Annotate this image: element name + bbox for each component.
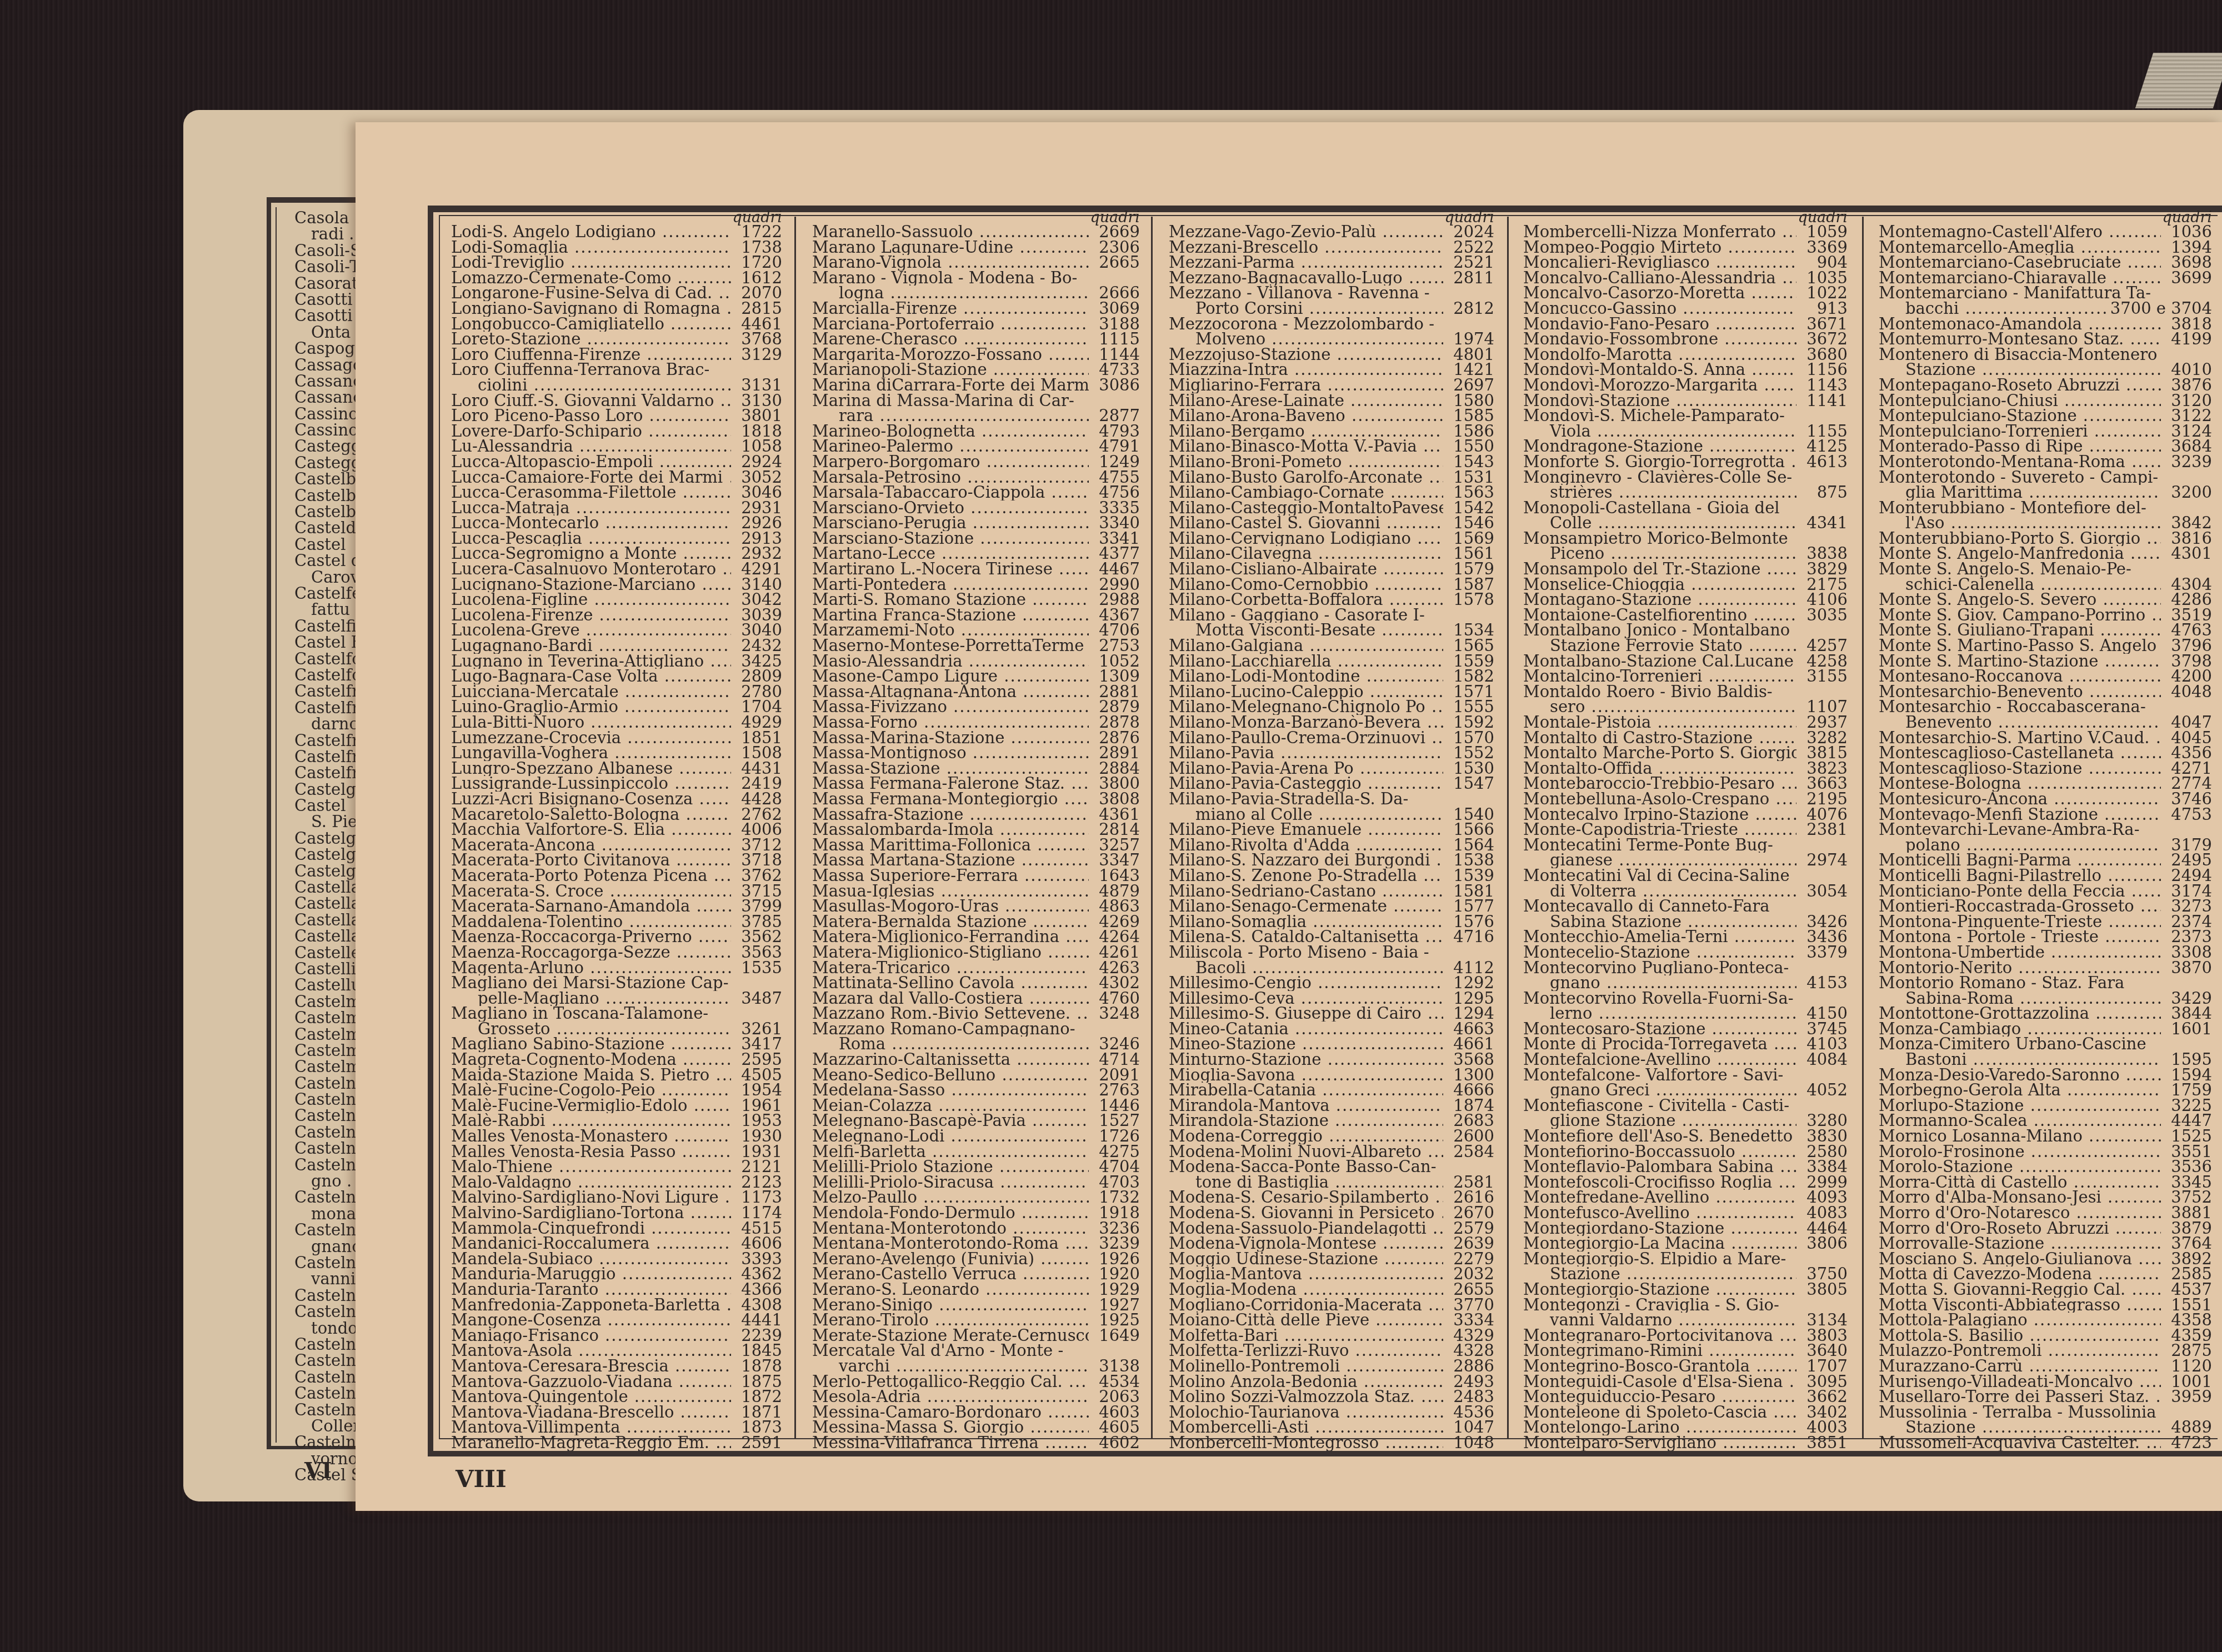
column-divider — [794, 217, 796, 1439]
entry-name: Miazzina-Intra — [1169, 362, 1443, 378]
entry-name: Marano Lagunare-Udine — [812, 240, 1089, 256]
entry-name: Milano-Binasco-Motta V.-Pavia — [1169, 439, 1443, 454]
entry-name: Montalto di Castro-Stazione — [1523, 730, 1796, 746]
index-entry: Montenero di Bisaccia-Montenero — [1879, 347, 2212, 363]
index-entry: Massa Martana-Stazione3347 — [812, 853, 1140, 868]
entry-name: Montebelluna-Asolo-Crespano — [1523, 792, 1796, 807]
index-entry: Loro Ciuffenna-Terranova Brac- — [451, 362, 782, 378]
entry-name: Montefiore dell'Aso-S. Benedetto — [1523, 1129, 1796, 1144]
entry-name: Messina-Camaro-Bordonaro — [812, 1405, 1089, 1420]
index-entry: Macerata-Sarnano-Amandola3799 — [451, 899, 782, 914]
index-entry: Morro d'Oro-Roseto Abruzzi3879 — [1879, 1221, 2212, 1237]
entry-map-square-number: 3487 — [731, 991, 782, 1007]
index-entry: Maniago-Frisanco2239 — [451, 1328, 782, 1344]
entry-name: Magreta-Cognento-Modena — [451, 1052, 731, 1068]
index-entry: Montecchio-Amelia-Terni3436 — [1523, 929, 1848, 945]
entry-name: Montefredane-Avellino — [1523, 1190, 1796, 1205]
entry-name: Longarone-Fusine-Selva di Cad. — [451, 286, 731, 301]
index-entry: Massa-Forno2878 — [812, 715, 1140, 730]
entry-name: Macerata-Sarnano-Amandola — [451, 899, 731, 914]
index-entry: Marineo-Bolognetta4793 — [812, 424, 1140, 439]
entry-name: Monte S. Angelo-S. Severo — [1879, 592, 2161, 608]
entry-name: Stazione — [1879, 1420, 2161, 1435]
index-entry: Monterotondo-Mentana-Roma3239 — [1879, 454, 2212, 470]
entry-name: Mantova-Quingentole — [451, 1389, 731, 1405]
entry-name: pelle-Magliano — [451, 991, 731, 1007]
entry-name: Montefusco-Avellino — [1523, 1205, 1796, 1221]
index-entry: Meano-Sedico-Belluno2091 — [812, 1068, 1140, 1083]
index-entry: Lomazzo-Cermenate-Como1612 — [451, 271, 782, 286]
entry-name: Montalbano-Stazione Cal.Lucane — [1523, 654, 1796, 669]
entry-name: Stazione Ferrovie Stato — [1523, 638, 1796, 654]
index-entry: Lugagnano-Bardi2432 — [451, 638, 782, 654]
index-entry: Modena-S. Cesario-Spilamberto2616 — [1169, 1190, 1494, 1205]
entry-name: Lomazzo-Cermenate-Como — [451, 271, 731, 286]
entry-name: Modena-Sassuolo-Piandelagotti — [1169, 1221, 1443, 1237]
index-entry: Loro Piceno-Passo Loro3801 — [451, 408, 782, 424]
index-entry: Morlupo-Stazione3225 — [1879, 1098, 2212, 1114]
index-entry: Morrovalle-Stazione3764 — [1879, 1236, 2212, 1251]
index-entry: Milano-Pavia-Arena Po1530 — [1169, 761, 1494, 777]
entry-name: Montona-Pinguente-Trieste — [1879, 914, 2161, 930]
entry-name: Benevento — [1879, 715, 2161, 730]
index-entry: Messina-Camaro-Bordonaro4603 — [812, 1405, 1140, 1420]
index-entry: Monterubbiano-Porto S. Giorgio3816 — [1879, 531, 2212, 547]
index-entry: Montefusco-Avellino4083 — [1523, 1205, 1848, 1221]
index-entry: Luzzi-Acri Bisignano-Cosenza4428 — [451, 792, 782, 807]
entry-name: logna — [812, 286, 1089, 301]
index-entry: Macerata-Porto Civitanova3718 — [451, 853, 782, 868]
index-entry: Monte S. Angelo-S. Severo4286 — [1879, 592, 2212, 608]
index-entry: Mantova-Quingentole1872 — [451, 1389, 782, 1405]
index-entry: Montepulciano-Stazione3122 — [1879, 408, 2212, 424]
index-entry: Maenza-Roccagorga-Sezze3563 — [451, 945, 782, 960]
index-entry: Merano-Sinigo1927 — [812, 1298, 1140, 1313]
entry-name: Milano-Arese-Lainate — [1169, 393, 1443, 409]
entry-name: Montemarcello-Ameglia — [1879, 240, 2161, 256]
entry-name: Millesimo-Cengio — [1169, 975, 1443, 991]
entry-name: Lussigrande-Lussinpiccolo — [451, 776, 731, 792]
index-entry: Montalto Marche-Porto S. Giorgio3815 — [1523, 745, 1848, 761]
index-entry: Lugo-Bagnara-Case Volta2809 — [451, 669, 782, 684]
entry-name: Mondovì-S. Michele-Pamparato- — [1523, 408, 1848, 424]
entry-name: Massa-Marina-Stazione — [812, 730, 1089, 746]
entry-map-square-number: 3870 — [2161, 960, 2212, 976]
index-entry: Milano-Pavia1552 — [1169, 745, 1494, 761]
entry-name: Motta Visconti-Besate — [1169, 623, 1443, 638]
index-entry: Montegiorgio-Stazione3805 — [1523, 1282, 1848, 1298]
entry-name: Montevarchi-Levane-Ambra-Ra- — [1879, 822, 2212, 838]
index-entry: Longiano-Savignano di Romagna2815 — [451, 301, 782, 317]
entry-name: Morra-Città di Castello — [1879, 1175, 2161, 1190]
index-entry: Milano-Pieve Emanuele1566 — [1169, 822, 1494, 838]
entry-name: Morrovalle-Stazione — [1879, 1236, 2161, 1251]
index-entry: Molochio-Taurianova4536 — [1169, 1405, 1494, 1420]
entry-name: Milano-Monza-Barzanò-Bevera — [1169, 715, 1443, 730]
index-entry-continuation: Sabina-Roma3429 — [1879, 991, 2212, 1007]
entry-name: Modena-S. Giovanni in Persiceto — [1169, 1205, 1443, 1221]
entry-name: Montagano-Stazione — [1523, 592, 1796, 608]
index-entry: Melilli-Priolo Stazione4704 — [812, 1159, 1140, 1175]
entry-name: Manfredonia-Zapponeta-Barletta — [451, 1298, 731, 1313]
entry-name: Montefiorino-Boccassuolo — [1523, 1144, 1796, 1160]
index-entry-continuation: Stazione4010 — [1879, 362, 2212, 378]
index-entry-continuation: Porto Corsini2812 — [1169, 301, 1494, 317]
entry-name: Magenta-Arluno — [451, 960, 731, 976]
entry-name: Mirandola-Stazione — [1169, 1113, 1443, 1129]
entry-name: Macerata-S. Croce — [451, 884, 731, 899]
column-header: quadri — [812, 211, 1140, 224]
index-entry: Montefiore dell'Aso-S. Benedetto3830 — [1523, 1129, 1848, 1144]
entry-name: Montegiorgio-S. Elpidio a Mare- — [1523, 1251, 1848, 1267]
entry-map-square-number: 4084 — [1796, 1052, 1848, 1068]
entry-name: Mondovì-Morozzo-Margarita — [1523, 378, 1796, 393]
entry-name: Montesarchio-Benevento — [1879, 684, 2161, 700]
entry-name: Marineo-Palermo — [812, 439, 1089, 454]
entry-name: Lucolena-Greve — [451, 623, 731, 638]
entry-name: Monte di Procida-Torregaveta — [1523, 1037, 1796, 1052]
entry-name: Millesimo-S. Giuseppe di Cairo — [1169, 1006, 1443, 1022]
entry-name: Malè-Fucine-Vermiglio-Edolo — [451, 1098, 731, 1114]
entry-name: glione Stazione — [1523, 1113, 1796, 1129]
index-entry: Milano-Broni-Pometo1543 — [1169, 454, 1494, 470]
index-entry: Marzamemi-Noto4706 — [812, 623, 1140, 638]
entry-name: Milano-Castel S. Giovanni — [1169, 515, 1443, 531]
entry-name: Montecatini Terme-Ponte Bug- — [1523, 838, 1848, 853]
entry-name: Modena-S. Cesario-Spilamberto — [1169, 1190, 1443, 1205]
index-entry: Malles Venosta-Resia Passo1931 — [451, 1144, 782, 1160]
index-entry: Mezzojuso-Stazione4801 — [1169, 347, 1494, 363]
index-entry: Martano-Lecce4377 — [812, 546, 1140, 562]
entry-name: Morro d'Oro-Roseto Abruzzi — [1879, 1221, 2161, 1237]
entry-name: Milano-Cambiago-Cornate — [1169, 485, 1443, 500]
index-entry: Montegrimano-Rimini3640 — [1523, 1343, 1848, 1359]
entry-name: Malles Venosta-Resia Passo — [451, 1144, 731, 1160]
index-entry-continuation: gnano4153 — [1523, 975, 1848, 991]
entry-name: Mantova-Asola — [451, 1343, 731, 1359]
entry-name: Mezzano - Villanova - Ravenna - — [1169, 286, 1494, 301]
index-entry: Morolo-Frosinone3551 — [1879, 1144, 2212, 1160]
entry-name: Bastoni — [1879, 1052, 2161, 1068]
index-entry-continuation: schici-Calenella4304 — [1879, 577, 2212, 593]
index-entry: Mazzarino-Caltanissetta4714 — [812, 1052, 1140, 1068]
index-entry: Manduria-Maruggio4362 — [451, 1266, 782, 1282]
entry-name: Monterubbiano-Porto S. Giorgio — [1879, 531, 2161, 547]
index-column-3: quadriMezzane-Vago-Zevio-Palù2024Mezzani… — [1169, 211, 1494, 1433]
entry-name: Mantova-Viadana-Brescello — [451, 1405, 731, 1420]
entry-name: Morbegno-Gerola Alta — [1879, 1083, 2161, 1098]
entry-name: Milano-Rivolta d'Adda — [1169, 838, 1443, 853]
entry-name: Massafra-Stazione — [812, 807, 1089, 823]
index-entry: Montefalcione-Avellino4084 — [1523, 1052, 1848, 1068]
entry-name: Milano-Pavia-Casteggio — [1169, 776, 1443, 792]
index-entry-continuation: glia Marittima3200 — [1879, 485, 2212, 500]
entry-name: Merlo-Pettogallico-Reggio Cal. — [812, 1374, 1089, 1390]
index-entry: Montepulciano-Chiusi3120 — [1879, 393, 2212, 409]
index-entry: Montemagno-Castell'Alfero1036 — [1879, 224, 2212, 240]
entry-map-square-number: 3806 — [1796, 1236, 1848, 1251]
entry-name: Mondovì-Montaldo-S. Anna — [1523, 362, 1796, 378]
index-entry: Milano-Senago-Cermenate1577 — [1169, 899, 1494, 914]
index-entry-continuation: polano3179 — [1879, 838, 2212, 853]
index-entry: Magenta-Arluno1535 — [451, 960, 782, 976]
index-entry: Mulazzo-Pontremoli2875 — [1879, 1343, 2212, 1359]
entry-name: Mottola-S. Basilio — [1879, 1328, 2161, 1344]
index-entry: Masio-Alessandria1052 — [812, 654, 1140, 669]
entry-name: Motta di Cavezzo-Modena — [1879, 1266, 2161, 1282]
entry-name: Porto Corsini — [1169, 301, 1443, 317]
index-entry: Malvino-Sardigliano-Novi Ligure1173 — [451, 1190, 782, 1205]
index-entry: Mandela-Subiaco3393 — [451, 1251, 782, 1267]
entry-name: Martirano L.-Nocera Tirinese — [812, 562, 1089, 577]
entry-name: Mentana-Monterotondo-Roma — [812, 1236, 1089, 1251]
entry-name: Marianopoli-Stazione — [812, 362, 1089, 378]
entry-name: Stazione — [1879, 362, 2161, 378]
entry-name: Montegranaro-Portocivitanova — [1523, 1328, 1796, 1344]
index-entry-continuation: Bacoli4112 — [1169, 960, 1494, 976]
index-entry: Modena-Correggio2600 — [1169, 1129, 1494, 1144]
column-header: quadri — [1523, 211, 1848, 224]
entry-name: Massa-Fivizzano — [812, 699, 1089, 715]
entry-name: Montefalcone- Valfortore - Savi- — [1523, 1068, 1848, 1083]
entry-name: Montescaglioso-Stazione — [1879, 761, 2161, 777]
index-entry: Montona-Pinguente-Trieste2374 — [1879, 914, 2212, 930]
entry-name: lerno — [1523, 1006, 1796, 1022]
entry-name: Lucca-Altopascio-Empoli — [451, 454, 731, 470]
index-entry: Lucolena-Firenze3039 — [451, 608, 782, 623]
index-entry: Massa-Marina-Stazione2876 — [812, 730, 1140, 746]
entry-name: Luzzi-Acri Bisignano-Cosenza — [451, 792, 731, 807]
entry-name: Marpero-Borgomaro — [812, 454, 1089, 470]
entry-name: Matera-Miglionico-Ferrandina — [812, 929, 1089, 945]
entry-name: Motta S. Giovanni-Reggio Cal. — [1879, 1282, 2161, 1298]
index-entry: Matera-Bernalda Stazione4269 — [812, 914, 1140, 930]
index-entry: Moncucco-Gassino913 — [1523, 301, 1848, 317]
entry-name: Marsala-Petrosino — [812, 470, 1089, 485]
index-entry: Montefoscoli-Crocifisso Roglia2999 — [1523, 1175, 1848, 1190]
entry-name: Monteleone di Spoleto-Cascia — [1523, 1405, 1796, 1420]
entry-name: Melilli-Priolo Stazione — [812, 1159, 1089, 1175]
index-entry: Montelparo-Servigliano3851 — [1523, 1435, 1848, 1451]
index-entry: Mentana-Monterotondo-Roma3239 — [812, 1236, 1140, 1251]
entry-name: Modena-Molini Nuovi-Albareto — [1169, 1144, 1443, 1160]
index-entry: Montona - Portole - Trieste2373 — [1879, 929, 2212, 945]
entry-name: Longiano-Savignano di Romagna — [451, 301, 731, 317]
index-entry: Milano-Binasco-Motta V.-Pavia1550 — [1169, 439, 1494, 454]
index-entry: Mondovì-Morozzo-Margarita1143 — [1523, 378, 1848, 393]
entry-name: Monterado-Passo di Ripe — [1879, 439, 2161, 454]
entry-name: Macerata-Ancona — [451, 838, 731, 853]
entry-name: Lovere-Darfo-Schipario — [451, 424, 731, 439]
entry-name: Maranello-Magreta-Reggio Em. — [451, 1435, 731, 1451]
index-entry: Maranello-Magreta-Reggio Em.2591 — [451, 1435, 782, 1451]
index-entry: Morbegno-Gerola Alta1759 — [1879, 1083, 2212, 1098]
index-entry: Murazzano-Carrù1120 — [1879, 1359, 2212, 1374]
index-entry: Monbercelli-Montegrosso1048 — [1169, 1435, 1494, 1451]
index-entry: Milano-Lucino-Caleppio1571 — [1169, 684, 1494, 700]
index-entry-continuation: gnano Greci4052 — [1523, 1083, 1848, 1098]
index-entry: Lucca-Segromigno a Monte2932 — [451, 546, 782, 562]
entry-name: Molveno — [1169, 332, 1443, 347]
entry-map-square-number: 3155 — [1796, 669, 1848, 684]
index-entry: Montefiascone - Civitella - Casti- — [1523, 1098, 1848, 1114]
entry-name: Mercatale Val d'Arno - Monte - — [812, 1343, 1140, 1359]
index-entry: Milano-Pavia-Casteggio1547 — [1169, 776, 1494, 792]
entry-name: Lucolena-Firenze — [451, 608, 731, 623]
index-entry: Modena-Sacca-Ponte Basso-Can- — [1169, 1159, 1494, 1175]
entry-name: rara — [812, 408, 1089, 424]
entry-name: Marti-Pontedera — [812, 577, 1089, 593]
entry-name: Roma — [812, 1037, 1089, 1052]
index-entry: Massa-Altagnana-Antona2881 — [812, 684, 1140, 700]
column-divider — [1507, 217, 1509, 1439]
index-entry: Manduria-Taranto4366 — [451, 1282, 782, 1298]
entry-map-square-number: 3248 — [1089, 1006, 1140, 1022]
entry-name: Montegrino-Bosco-Grantola — [1523, 1359, 1796, 1374]
entry-name: Montemurro-Montesano Staz. — [1879, 332, 2161, 347]
entry-name: Monticelli Bagni-Parma — [1879, 853, 2161, 868]
entry-name: Massa Martana-Stazione — [812, 853, 1089, 868]
index-entry: Milano-Arona-Baveno1585 — [1169, 408, 1494, 424]
index-entry: Montalbano-Stazione Cal.Lucane4258 — [1523, 654, 1848, 669]
entry-name: Marineo-Bolognetta — [812, 424, 1089, 439]
entry-map-square-number: 1601 — [2161, 1022, 2212, 1037]
entry-map-square-number: 3851 — [1796, 1435, 1848, 1451]
entry-name: Bacoli — [1169, 960, 1443, 976]
entry-name: Mesola-Adria — [812, 1389, 1089, 1405]
index-entry: Matera-Miglionico-Stigliano4261 — [812, 945, 1140, 960]
entry-map-square-number: 2974 — [1796, 853, 1848, 868]
entry-name: Monopoli-Castellana - Gioia del — [1523, 500, 1848, 516]
entry-name: Mombercelli-Asti — [1169, 1420, 1443, 1435]
entry-name: Merano-Avelengo (Funivia) — [812, 1251, 1089, 1267]
entry-name: strières — [1523, 485, 1796, 500]
index-entry: Marsala-Tabaccaro-Ciappola4756 — [812, 485, 1140, 500]
index-entry: Milano-Paullo-Crema-Orzinuovi1570 — [1169, 730, 1494, 746]
entry-name: Montegiordano-Stazione — [1523, 1221, 1796, 1237]
entry-name: Milano-S. Zenone Po-Stradella — [1169, 868, 1443, 884]
index-entry: Longobucco-Camigliatello4461 — [451, 317, 782, 332]
index-entry: Moncalvo-Casorzo-Moretta1022 — [1523, 286, 1848, 301]
entry-map-square-number: 2381 — [1796, 822, 1848, 838]
entry-name: Milano-Paullo-Crema-Orzinuovi — [1169, 730, 1443, 746]
index-entry: Mantova-Asola1845 — [451, 1343, 782, 1359]
index-entry: Montecorvino Pugliano-Ponteca- — [1523, 960, 1848, 976]
entry-map-square-number: 1535 — [731, 960, 782, 976]
entry-name: Montesarchio - Roccabascerana- — [1879, 699, 2212, 715]
entry-name: Mondragone-Stazione — [1523, 439, 1796, 454]
entry-name: Luicciana-Mercatale — [451, 684, 731, 700]
entry-name: Montecorvino Rovella-Fuorni-Sa- — [1523, 991, 1848, 1007]
entry-name: Malvino-Sardigliano-Tortona — [451, 1205, 731, 1221]
entry-name: Monforte S. Giorgio-Torregrotta — [1523, 454, 1796, 470]
index-entry: Marsciano-Orvieto3335 — [812, 500, 1140, 516]
index-entry: Mondovì-S. Michele-Pamparato- — [1523, 408, 1848, 424]
entry-name: Monte S. Martino-Stazione — [1879, 654, 2161, 669]
entry-name: Magliano dei Marsi-Stazione Cap- — [451, 975, 782, 991]
entry-name: Mezzani-Brescello — [1169, 240, 1443, 256]
entry-name: Merano-S. Leonardo — [812, 1282, 1089, 1298]
index-entry: Monteguiduccio-Pesaro3662 — [1523, 1389, 1848, 1405]
index-entry: Monteguidi-Casole d'Elsa-Siena3095 — [1523, 1374, 1848, 1390]
entry-name: Modena-Correggio — [1169, 1129, 1443, 1144]
index-entry: Lucca-Altopascio-Empoli2924 — [451, 454, 782, 470]
entry-name: Lucca-Montecarlo — [451, 515, 731, 531]
entry-name: Medelana-Sasso — [812, 1083, 1089, 1098]
entry-name: Moncalieri-Revigliasco — [1523, 255, 1796, 271]
entry-name: Montegiorgio-La Macina — [1523, 1236, 1796, 1251]
entry-name: Lucca-Pescaglia — [451, 531, 731, 547]
index-entry: Montecosaro-Stazione3745 — [1523, 1022, 1848, 1037]
index-entry-continuation: Sabina Stazione3426 — [1523, 914, 1848, 930]
index-entry: Macaretolo-Saletto-Bologna2762 — [451, 807, 782, 823]
index-entry: Marano-Vignola2665 — [812, 255, 1140, 271]
index-entry: Malles Venosta-Monastero1930 — [451, 1129, 782, 1144]
index-entry: Medelana-Sasso2763 — [812, 1083, 1140, 1098]
index-entry: Milano-Lodi-Montodine1582 — [1169, 669, 1494, 684]
index-entry: Monteleone di Spoleto-Cascia3402 — [1523, 1405, 1848, 1420]
entry-map-square-number: 4341 — [1796, 515, 1848, 531]
index-entry: Montecatini Val di Cecina-Saline — [1523, 868, 1848, 884]
index-entry: Martina Franca-Stazione4367 — [812, 608, 1140, 623]
entry-name: Mezzojuso-Stazione — [1169, 347, 1443, 363]
index-entry: Milano-Galgiana1565 — [1169, 638, 1494, 654]
index-entry: Morro d'Oro-Notaresco3881 — [1879, 1205, 2212, 1221]
index-entry: Merano-S. Leonardo1929 — [812, 1282, 1140, 1298]
entry-name: Massa-Altagnana-Antona — [812, 684, 1089, 700]
index-entry: Montalto di Castro-Stazione3282 — [1523, 730, 1848, 746]
index-entry: Montalbano Jonico - Montalbano — [1523, 623, 1848, 638]
index-entry: Montevarchi-Levane-Ambra-Ra- — [1879, 822, 2212, 838]
entry-name: Merate-Stazione Merate-Cernusco — [812, 1328, 1089, 1344]
entry-name: Melegnano-Bascapè-Pavia — [812, 1113, 1089, 1129]
entry-name: Morolo-Stazione — [1879, 1159, 2161, 1175]
entry-name: Monsampietro Morico-Belmonte — [1523, 531, 1848, 547]
index-entry: Massafra-Stazione4361 — [812, 807, 1140, 823]
index-entry: Lu-Alessandria1058 — [451, 439, 782, 454]
entry-name: Viola — [1523, 424, 1796, 439]
index-entry: Modena-Vignola-Montese2639 — [1169, 1236, 1494, 1251]
index-entry: Molfetta-Terlizzi-Ruvo4328 — [1169, 1343, 1494, 1359]
index-entry: Montalcino-Torrenieri3155 — [1523, 669, 1848, 684]
entry-map-square-number: 1141 — [1796, 393, 1848, 409]
entry-name: Montefalcione-Avellino — [1523, 1052, 1796, 1068]
entry-name: sero — [1523, 699, 1796, 715]
entry-name: Massa-Stazione — [812, 761, 1089, 777]
index-entry: Modena-Sassuolo-Piandelagotti2579 — [1169, 1221, 1494, 1237]
entry-map-square-number: 3054 — [1796, 884, 1848, 899]
index-entry: Mezzani-Brescello2522 — [1169, 240, 1494, 256]
entry-name: Masone-Campo Ligure — [812, 669, 1089, 684]
entry-name: Lucca-Segromigno a Monte — [451, 546, 731, 562]
index-entry: Lungro-Spezzano Albanese4431 — [451, 761, 782, 777]
entry-name: Montesicuro-Ancona — [1879, 792, 2161, 807]
index-entry: Martirano L.-Nocera Tirinese4467 — [812, 562, 1140, 577]
entry-name: Montecchio-Amelia-Terni — [1523, 929, 1796, 945]
entry-map-square-number: 2811 — [1443, 271, 1494, 286]
index-entry: Messina-Villafranca Tirrena4602 — [812, 1435, 1140, 1451]
entry-name: Montemagno-Castell'Alfero — [1879, 224, 2161, 240]
entry-name: Massalombarda-Imola — [812, 822, 1089, 838]
index-entry: Magreta-Cognento-Modena2595 — [451, 1052, 782, 1068]
index-entry: Mantova-Villimpenta1873 — [451, 1420, 782, 1435]
entry-name: Montalcino-Torrenieri — [1523, 669, 1796, 684]
index-entry: Lugnano in Teverina-Attigliano3425 — [451, 654, 782, 669]
index-entry: Maserno-Montese-PorrettaTerme2753 — [812, 638, 1140, 654]
entry-name: varchi — [812, 1359, 1089, 1374]
entry-name: Macerata-Porto Civitanova — [451, 853, 731, 868]
index-entry: Mineo-Catania4663 — [1169, 1022, 1494, 1037]
